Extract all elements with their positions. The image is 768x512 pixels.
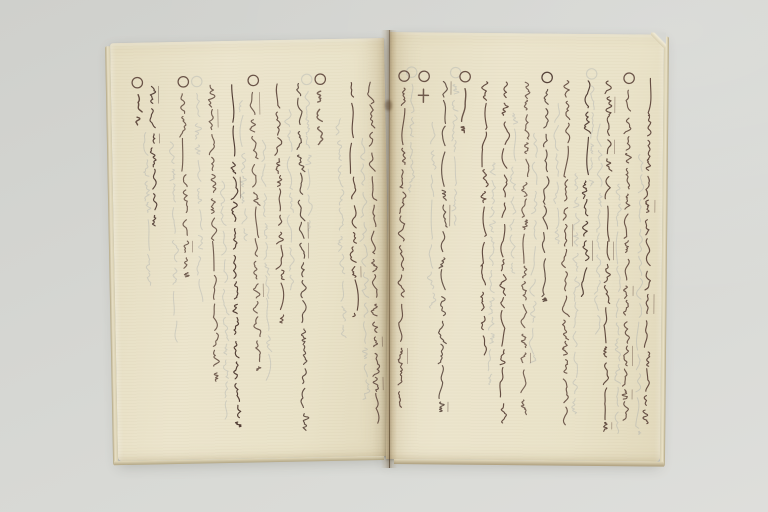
bleed-through-column	[358, 138, 371, 399]
bleed-through-column	[529, 133, 538, 363]
text-column	[499, 82, 510, 423]
text-column	[295, 83, 312, 430]
entry-column	[315, 74, 327, 145]
entry-column	[132, 77, 143, 125]
bleed-through-column	[191, 76, 206, 301]
open-book	[112, 28, 664, 472]
entry-column	[178, 76, 193, 276]
bleed-through-column	[143, 132, 152, 285]
bleed-through-column	[488, 163, 496, 385]
bleed-through-column	[405, 67, 417, 192]
bleed-through-column	[220, 181, 231, 419]
left-page	[110, 38, 392, 461]
bleed-through-column	[509, 113, 517, 273]
bleed-through-column	[571, 174, 580, 414]
text-column	[602, 81, 615, 431]
text-column	[479, 82, 489, 355]
right-page	[386, 32, 664, 462]
bleed-through-column	[169, 142, 180, 342]
right-page-handwriting	[386, 32, 664, 462]
bleed-through-column	[427, 122, 437, 308]
text-column	[149, 86, 161, 226]
text-column	[642, 78, 656, 423]
entry-column	[396, 71, 410, 407]
bleed-through-column	[239, 101, 248, 241]
bleed-through-column	[301, 74, 314, 231]
text-column	[560, 81, 574, 425]
entry-column	[418, 71, 429, 102]
bleed-through-column	[594, 124, 603, 334]
bleed-through-column	[553, 104, 561, 244]
bleed-through-column	[336, 119, 347, 338]
text-column	[438, 81, 451, 411]
text-column	[208, 85, 223, 381]
entry-column	[248, 75, 265, 370]
left-page-handwriting	[110, 38, 392, 461]
bleed-through-column	[261, 140, 272, 380]
entry-column	[459, 71, 470, 132]
text-column	[273, 84, 286, 323]
text-column	[228, 85, 245, 427]
text-column	[367, 82, 384, 423]
photo-backdrop	[0, 0, 768, 512]
bleed-through-column	[614, 184, 622, 433]
text-column	[520, 82, 533, 414]
text-column	[347, 82, 362, 316]
bleed-through-column	[285, 110, 295, 290]
entry-column	[540, 72, 553, 301]
bleed-through-column	[635, 154, 644, 434]
entry-column	[621, 73, 636, 420]
